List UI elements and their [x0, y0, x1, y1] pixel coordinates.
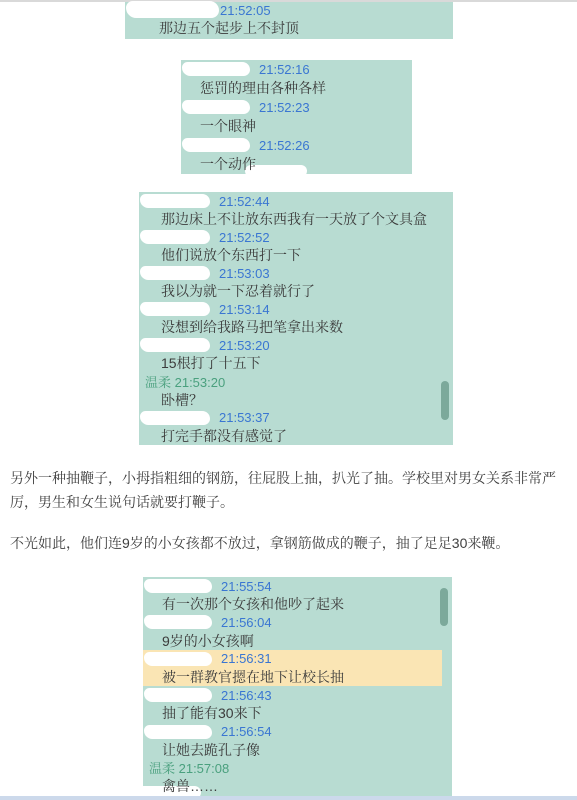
redacted-name — [126, 1, 219, 18]
timestamp: 21:52:05 — [220, 3, 271, 18]
message-row: 有一次那个女孩和他吵了起来 — [143, 595, 452, 613]
sender-row: 温柔 21:57:08 — [143, 759, 452, 777]
redacted-name — [144, 579, 212, 593]
bottom-border-line — [0, 796, 577, 800]
timestamp-row: 21:52:44 — [139, 192, 453, 210]
message-row: 被一群教官摁在地下让校长抽 — [143, 668, 442, 686]
chat-message: 一个眼神 — [200, 116, 256, 136]
chat-message: 那边床上不让放东西我有一天放了个文具盒 — [161, 209, 427, 229]
timestamp: 21:56:43 — [221, 688, 272, 703]
message-row: 15根打了十五下 — [139, 354, 453, 372]
timestamp: 21:56:31 — [221, 651, 272, 666]
message-row: 一个动作 — [181, 154, 412, 173]
timestamp-row: 21:52:23 — [181, 98, 412, 117]
timestamp: 21:55:54 — [221, 579, 272, 594]
timestamp-row: 21:56:04 — [143, 613, 452, 631]
message-row: 卧槽？ — [139, 391, 453, 409]
redacted-name — [140, 266, 210, 280]
timestamp: 21:52:26 — [259, 138, 310, 153]
chat-message: 没想到给我路马把笔拿出来数 — [161, 317, 343, 337]
chat-message: 抽了能有30来下 — [162, 703, 262, 723]
redacted-name — [182, 100, 250, 114]
timestamp-row: 21:56:54 — [143, 723, 452, 741]
message-row: 让她去跪孔子像 — [143, 741, 452, 759]
paragraph-2: 不光如此，他们连9岁的小女孩都不放过，拿钢筋做成的鞭子，抽了足足30来鞭。 — [10, 531, 570, 555]
timestamp-row: 21:52:05 — [125, 2, 453, 20]
chat-message: 惩罚的理由各种各样 — [200, 78, 326, 98]
redacted-name — [140, 338, 210, 352]
timestamp-row: 21:53:03 — [139, 264, 453, 282]
timestamp: 21:52:16 — [259, 62, 310, 77]
message-row: 一个眼神 — [181, 117, 412, 136]
article-page: 21:52:05那边五个起步上不封顶 21:52:16惩罚的理由各种各样21:5… — [0, 0, 577, 800]
redacted-name — [140, 194, 210, 208]
redacted-name — [144, 652, 212, 666]
chat-screenshot-4: 21:55:54有一次那个女孩和他吵了起来21:56:049岁的小女孩啊21:5… — [143, 577, 452, 796]
chat-message: 卧槽？ — [161, 390, 203, 410]
message-row: 我以为就一下忍着就行了 — [139, 282, 453, 300]
timestamp: 21:53:37 — [219, 410, 270, 425]
timestamp-row: 21:56:31 — [143, 650, 442, 668]
timestamp-row: 21:53:14 — [139, 300, 453, 318]
timestamp-row: 21:53:20 — [139, 336, 453, 354]
redacted-name — [144, 725, 212, 739]
chat-message: 我以为就一下忍着就行了 — [161, 281, 315, 301]
chat-message: 那边五个起步上不封顶 — [159, 18, 299, 38]
chat-message: 他们说放个东西打一下 — [161, 245, 301, 265]
message-row: 惩罚的理由各种各样 — [181, 79, 412, 98]
timestamp-row: 21:52:52 — [139, 228, 453, 246]
timestamp: 21:56:04 — [221, 615, 272, 630]
timestamp: 21:53:14 — [219, 302, 270, 317]
timestamp: 21:52:52 — [219, 230, 270, 245]
message-row: 打完手都没有感觉了 — [139, 427, 453, 445]
timestamp-row: 21:52:16 — [181, 60, 412, 79]
chat-message: 9岁的小女孩啊 — [162, 631, 254, 651]
chat-message: 打完手都没有感觉了 — [161, 426, 287, 446]
message-row: 他们说放个东西打一下 — [139, 246, 453, 264]
sender-row: 温柔 21:53:20 — [139, 372, 453, 390]
message-row: 禽兽…… — [143, 777, 452, 795]
chat-message: 禽兽…… — [162, 776, 218, 796]
message-row: 没想到给我路马把笔拿出来数 — [139, 318, 453, 336]
chat-message: 有一次那个女孩和他吵了起来 — [162, 594, 344, 614]
redacted-name — [140, 302, 210, 316]
timestamp: 21:56:54 — [221, 724, 272, 739]
sender-name-time: 温柔 21:53:20 — [145, 372, 225, 391]
message-row: 9岁的小女孩啊 — [143, 632, 452, 650]
timestamp: 21:52:23 — [259, 100, 310, 115]
sender-name-time: 温柔 21:57:08 — [149, 758, 229, 777]
redacted-name — [140, 411, 210, 425]
paragraph-1: 另外一种抽鞭子，小拇指粗细的钢筋，往屁股上抽，扒光了抽。学校里对男女关系非常严厉… — [10, 466, 570, 514]
timestamp: 21:53:03 — [219, 266, 270, 281]
message-row: 那边五个起步上不封顶 — [125, 20, 453, 38]
chat-message: 让她去跪孔子像 — [162, 740, 260, 760]
redacted-name — [140, 230, 210, 244]
timestamp-row: 21:52:26 — [181, 136, 412, 155]
message-row: 那边床上不让放东西我有一天放了个文具盒 — [139, 210, 453, 228]
timestamp-row: 21:53:37 — [139, 409, 453, 427]
timestamp: 21:52:44 — [219, 194, 270, 209]
chat-screenshot-1: 21:52:05那边五个起步上不封顶 — [125, 2, 453, 39]
chat-message: 一个动作 — [200, 154, 256, 174]
message-row: 抽了能有30来下 — [143, 704, 452, 722]
timestamp-row: 21:55:54 — [143, 577, 452, 595]
chat-screenshot-3: 21:52:44那边床上不让放东西我有一天放了个文具盒21:52:52他们说放个… — [139, 192, 453, 445]
chat-message: 被一群教官摁在地下让校长抽 — [162, 667, 344, 687]
redacted-name — [144, 615, 212, 629]
redacted-name — [182, 138, 250, 152]
chat-screenshot-2: 21:52:16惩罚的理由各种各样21:52:23一个眼神21:52:26一个动… — [181, 60, 412, 174]
redacted-name — [182, 62, 250, 76]
redacted-name — [144, 688, 212, 702]
timestamp: 21:53:20 — [219, 338, 270, 353]
timestamp-row: 21:56:43 — [143, 686, 452, 704]
chat-message: 15根打了十五下 — [161, 353, 261, 373]
